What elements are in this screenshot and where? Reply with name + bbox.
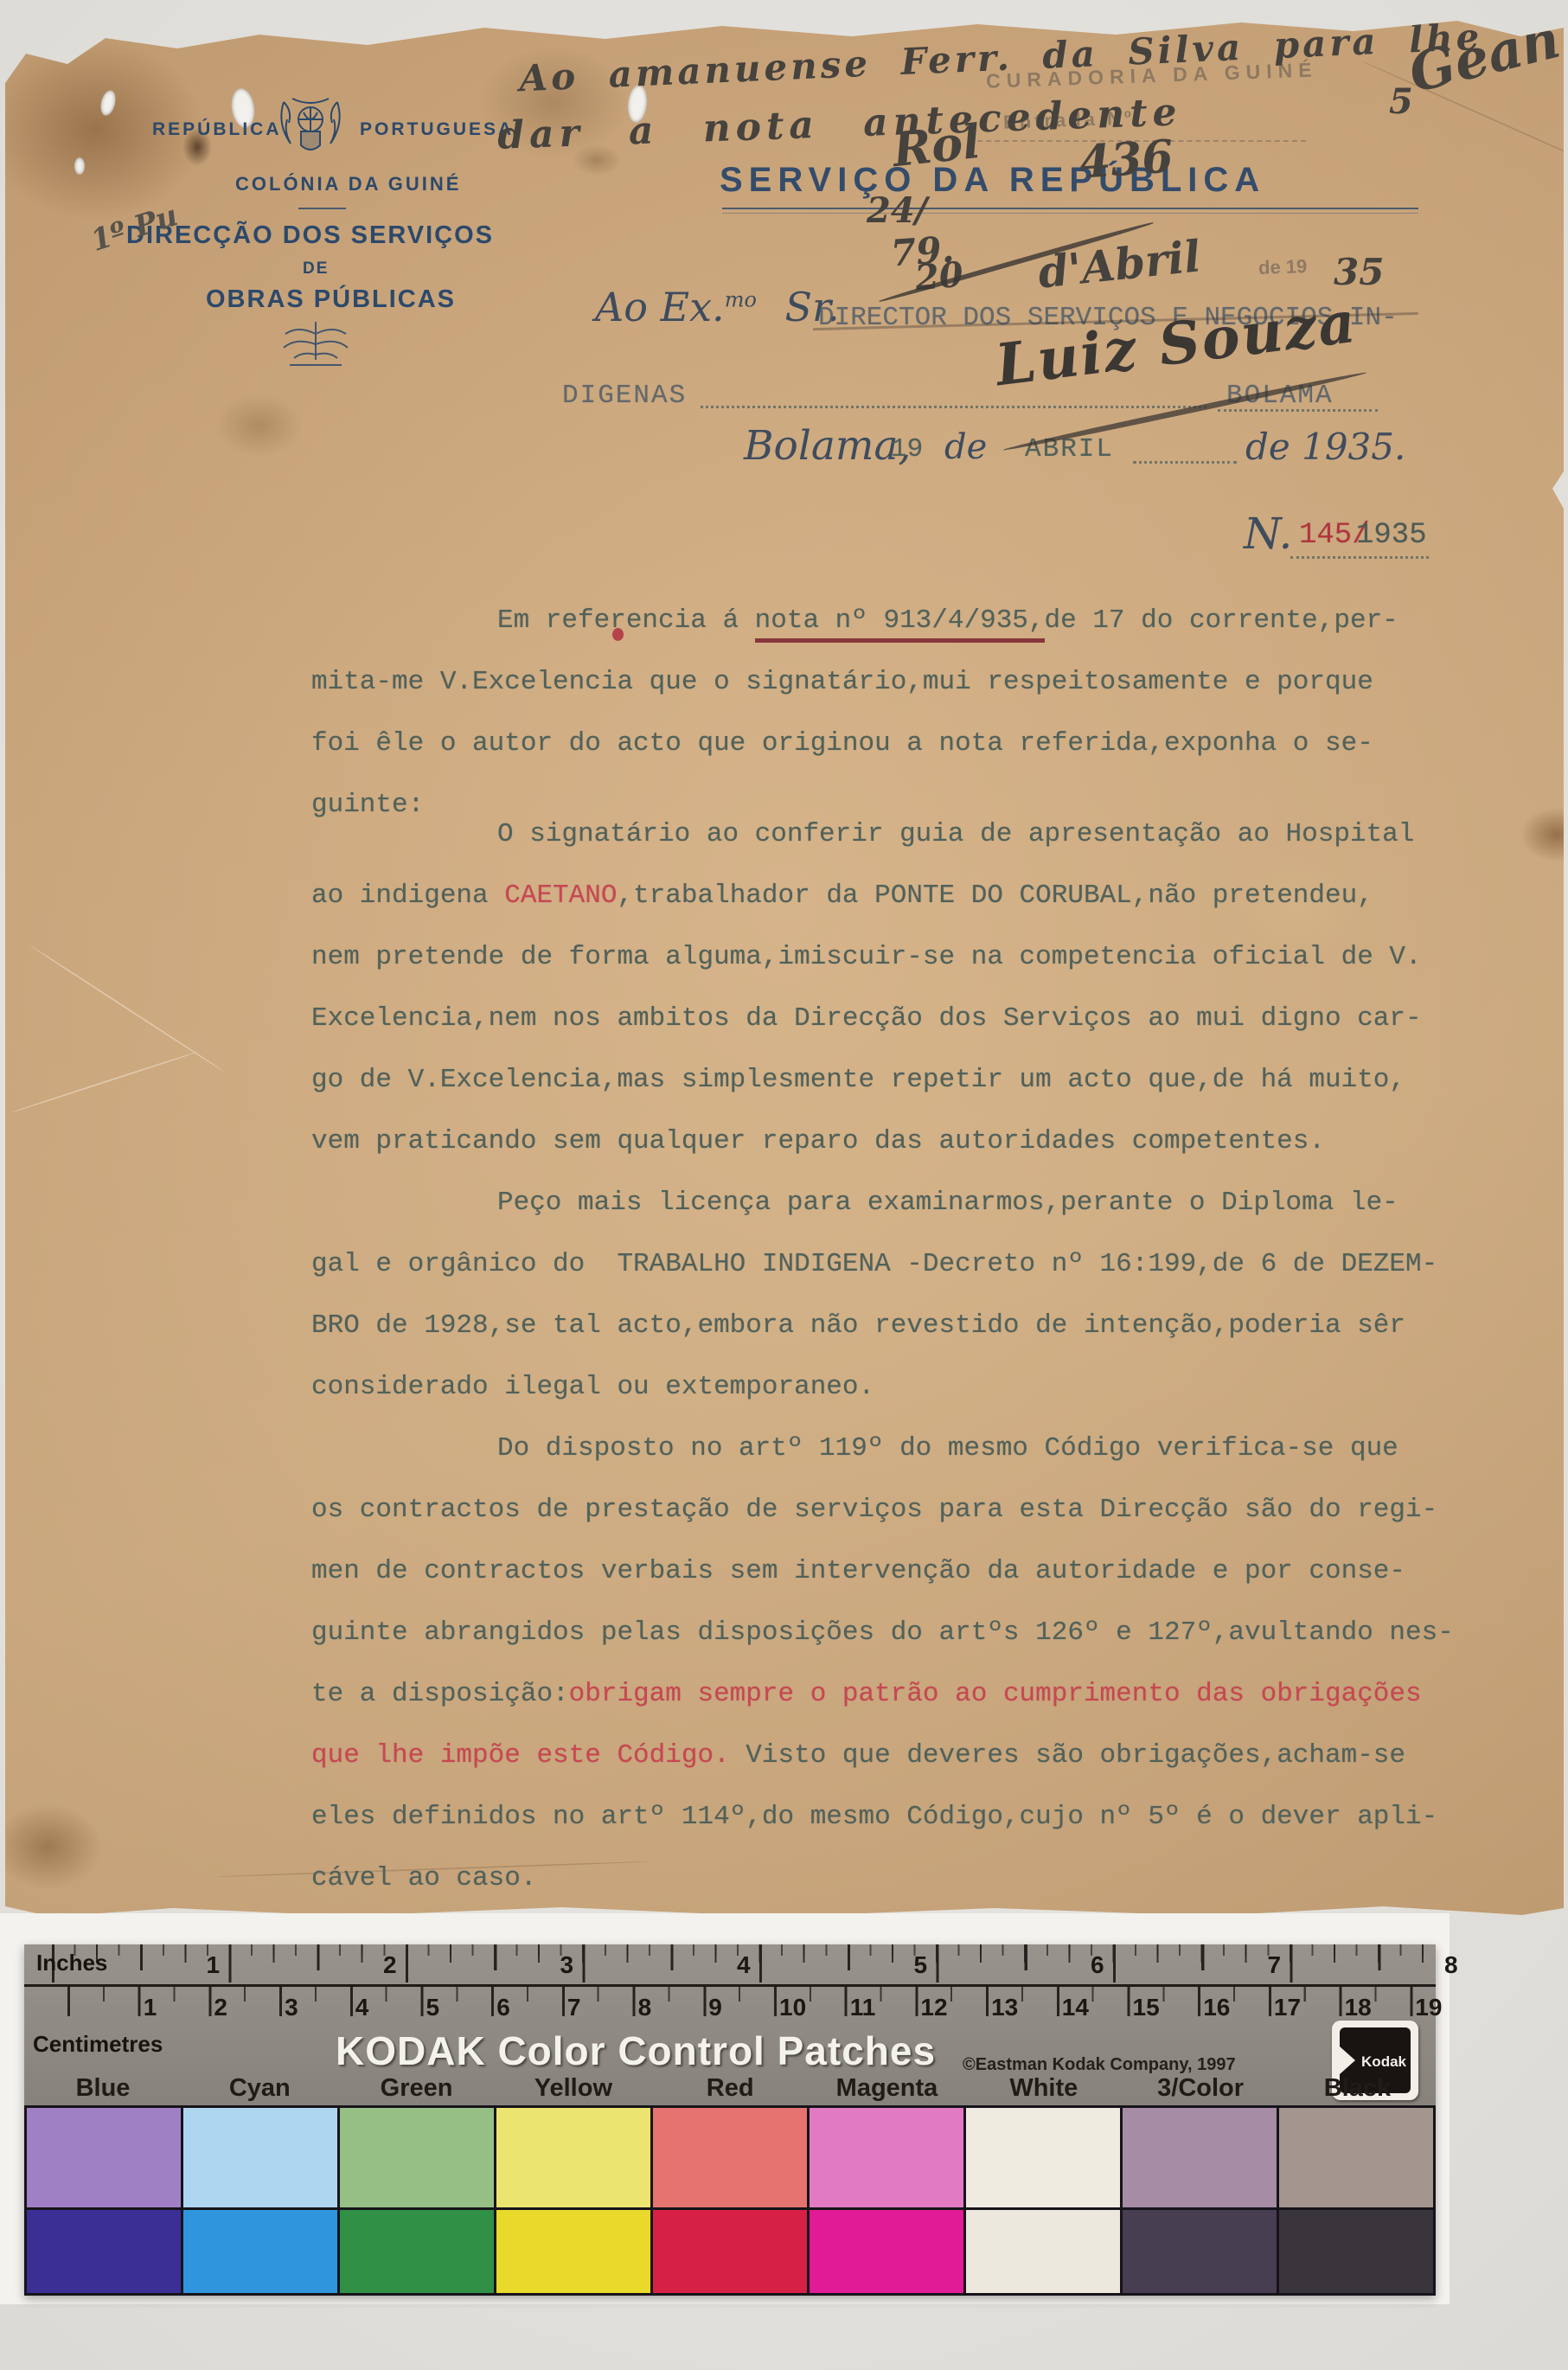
- patch-labels: BlueCyanGreenYellowRedMagentaWhite3/Colo…: [24, 2074, 1436, 2104]
- typed-line: O signatário ao conferir guia de apresen…: [497, 819, 1414, 849]
- cm-number: 2: [214, 1994, 227, 2021]
- patch-label: Green: [381, 2074, 453, 2103]
- cm-number: 6: [496, 1994, 510, 2021]
- cm-number: 3: [285, 1994, 298, 2021]
- color-patch-cyan-dark: [183, 2210, 337, 2293]
- inch-number: 4: [737, 1951, 751, 1979]
- typed-line: os contractos de prestação de serviços p…: [311, 1495, 1437, 1525]
- cm-number: 11: [850, 1994, 876, 2021]
- color-patch-black-dark: [1279, 2210, 1433, 2293]
- typed-line: eles definidos no artº 114º,do mesmo Cód…: [311, 1802, 1437, 1832]
- inch-number: 6: [1091, 1951, 1104, 1979]
- cm-number: 16: [1203, 1994, 1230, 2021]
- color-patch-magenta-dark: [810, 2210, 963, 2293]
- cm-number: 7: [567, 1994, 581, 2021]
- cm-number: 14: [1062, 1994, 1089, 2021]
- cm-number: 15: [1133, 1994, 1160, 2021]
- typed-line: Excelencia,nem nos ambitos da Direcção d…: [311, 1003, 1422, 1034]
- cm-number: 5: [426, 1994, 440, 2021]
- patch-grid: [24, 2105, 1436, 2296]
- typed-line: considerado ilegal ou extemporaneo.: [311, 1372, 874, 1402]
- cm-number: 8: [638, 1994, 652, 2021]
- typed-line: mita-me V.Excelencia que o signatário,mu…: [311, 667, 1373, 697]
- handwritten-24: 24/: [867, 190, 927, 231]
- ruler-cm-label: Centimetres: [33, 2031, 163, 2058]
- typed-line: Do disposto no artº 119º do mesmo Código…: [497, 1433, 1398, 1464]
- cm-number: 17: [1274, 1994, 1301, 2021]
- typed-line: vem praticando sem qualquer reparo das a…: [311, 1126, 1325, 1156]
- color-patch-white-dark: [966, 2210, 1120, 2293]
- patch-label: 3/Color: [1157, 2074, 1244, 2103]
- typed-line: BRO de 1928,se tal acto,embora não reves…: [311, 1310, 1405, 1341]
- kodak-copyright: ©Eastman Kodak Company, 1997: [963, 2055, 1236, 2075]
- cm-number: 9: [708, 1994, 722, 2021]
- handwritten-35: 35: [1334, 251, 1384, 293]
- patch-label: Magenta: [836, 2074, 938, 2103]
- cm-number: 12: [920, 1994, 947, 2021]
- color-patch-3color-light: [1123, 2108, 1277, 2207]
- typed-line: gal e orgânico do TRABALHO INDIGENA -Dec…: [311, 1249, 1437, 1279]
- inch-number: 7: [1268, 1951, 1282, 1979]
- kodak-title: KODAK Color Control Patches: [336, 2027, 936, 2074]
- typed-line: men de contractos verbais sem intervençã…: [311, 1556, 1405, 1586]
- cm-number: 4: [355, 1994, 369, 2021]
- inch-number: 1: [207, 1951, 221, 1979]
- typed-line: ao indigena CAETANO,trabalhador da PONTE…: [311, 881, 1373, 911]
- color-patch-cyan-light: [183, 2108, 337, 2207]
- cm-number: 10: [779, 1994, 806, 2021]
- patch-label: Red: [707, 2074, 754, 2103]
- ink-splash: [612, 628, 624, 641]
- handwritten-corner-digit: 5: [1389, 81, 1413, 122]
- color-patch-blue-dark: [27, 2210, 181, 2293]
- typed-line: que lhe impõe este Código. Visto que dev…: [311, 1740, 1405, 1771]
- color-patch-magenta-light: [810, 2108, 963, 2207]
- typed-line: Em referencia á nota nº 913/4/935,de 17 …: [497, 605, 1398, 636]
- color-patch-yellow-dark: [496, 2210, 650, 2293]
- ruler-cm-numbers: 12345678910111213141516171819: [24, 1987, 1436, 2027]
- cm-number: 1: [144, 1994, 157, 2021]
- cm-number: 19: [1415, 1994, 1442, 2021]
- color-patch-green-dark: [340, 2210, 494, 2293]
- color-patch-green-light: [340, 2108, 494, 2207]
- ruler-inches-numbers: 12345678: [24, 1944, 1436, 1984]
- patch-label: Black: [1324, 2074, 1391, 2103]
- color-patch-red-dark: [653, 2210, 807, 2293]
- color-patch-red-light: [653, 2108, 807, 2207]
- typed-line: cável ao caso.: [311, 1863, 536, 1893]
- color-patch-blue-light: [27, 2108, 181, 2207]
- inch-number: 5: [914, 1951, 928, 1979]
- inch-number: 3: [560, 1951, 574, 1979]
- inch-number: 2: [383, 1951, 397, 1979]
- patch-label: White: [1009, 2074, 1078, 2103]
- cm-number: 18: [1345, 1994, 1372, 2021]
- color-patch-white-light: [966, 2108, 1120, 2207]
- kodak-color-bar: Inches 12345678 123456789101112131415161…: [24, 1944, 1436, 2296]
- typed-line: go de V.Excelencia,mas simplesmente repe…: [311, 1065, 1405, 1095]
- typed-line: guinte abrangidos pelas disposições do a…: [311, 1617, 1454, 1648]
- patch-label: Cyan: [229, 2074, 291, 2103]
- patch-label: Yellow: [534, 2074, 612, 2103]
- handwritten-rol: Rol: [890, 113, 983, 177]
- patch-label: Blue: [76, 2074, 131, 2103]
- color-patch-yellow-light: [496, 2108, 650, 2207]
- typed-line: guinte:: [311, 790, 424, 820]
- cm-number: 13: [991, 1994, 1018, 2021]
- typed-line: Peço mais licença para examinarmos,peran…: [497, 1188, 1398, 1218]
- inch-number: 8: [1444, 1951, 1458, 1979]
- typed-line: te a disposição:obrigam sempre o patrão …: [311, 1679, 1422, 1709]
- typed-line: foi êle o autor do acto que originou a n…: [311, 728, 1373, 759]
- handwritten-436: 436: [1078, 130, 1175, 189]
- color-patch-3color-dark: [1123, 2210, 1277, 2293]
- typed-line: nem pretende de forma alguma,imiscuir-se…: [311, 942, 1422, 972]
- color-patch-black-light: [1279, 2108, 1433, 2207]
